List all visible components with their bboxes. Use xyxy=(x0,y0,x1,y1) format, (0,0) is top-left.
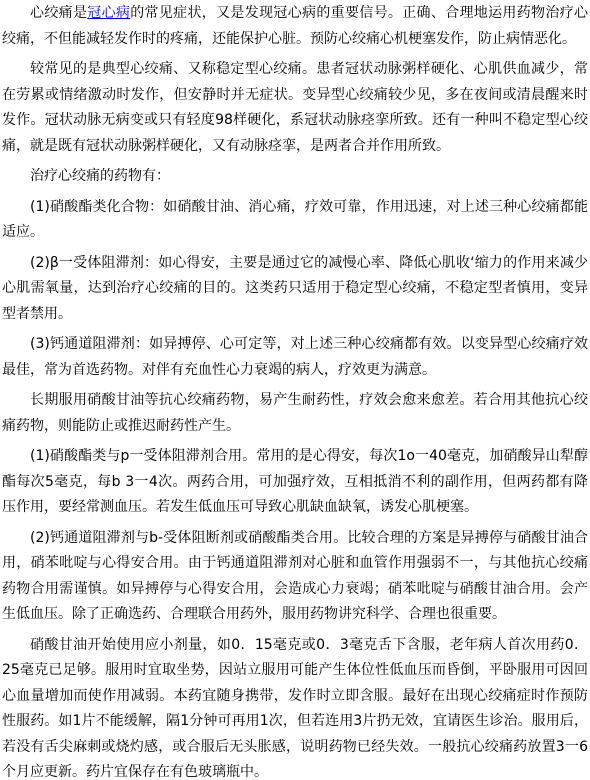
paragraph-beta-blockers: (2)β一受体阻滞剂：如心得安，主要是通过它的减慢心率、降低心肌收‘缩力的作用来… xyxy=(2,251,588,328)
paragraph-drug-tolerance: 长期服用硝酸甘油等抗心绞痛药物，易产生耐药性，疗效会愈来愈差。若合用其他抗心绞痛… xyxy=(2,388,588,439)
paragraph-text: 心绞痛是 xyxy=(30,5,87,21)
coronary-heart-disease-link[interactable]: 冠心病 xyxy=(87,5,130,21)
paragraph-calcium-channel-blockers: (3)钙通道阻滞剂：如异搏停、心可定等，对上述三种心绞痛都有效。以变异型心绞痛疗… xyxy=(2,332,588,383)
paragraph-combination-calcium: (2)钙通道阻滞剂与b-受体阻断剂或硝酸酯类合用。比较合理的方案是异搏停与硝酸甘… xyxy=(2,526,588,628)
paragraph-drug-list-heading: 治疗心绞痛的药物有： xyxy=(2,164,588,190)
paragraph-nitrates: (1)硝酸酯类化合物：如硝酸甘油、消心痛，疗效可靠，作用迅速，对上述三种心绞痛都… xyxy=(2,195,588,246)
paragraph-angina-types: 较常见的是典型心绞痛、又称稳定型心绞痛。患者冠状动脉粥样硬化、心肌供血减少，常在… xyxy=(2,57,588,159)
article: 心绞痛是冠心病的常见症状，又是发现冠心病的重要信号。正确、合理地运用药物治疗心绞… xyxy=(0,0,590,780)
paragraph-nitroglycerin-usage: 硝酸甘油开始使用应小剂量，如0．15毫克或0．3毫克舌下含服，老年病人首次用药0… xyxy=(2,633,588,780)
paragraph-combination-nitrates-beta: (1)硝酸酯类与p一受体阻滞剂合用。常用的是心得安，每次1o一40毫克，加硝酸异… xyxy=(2,444,588,521)
paragraph-intro: 心绞痛是冠心病的常见症状，又是发现冠心病的重要信号。正确、合理地运用药物治疗心绞… xyxy=(2,1,588,52)
